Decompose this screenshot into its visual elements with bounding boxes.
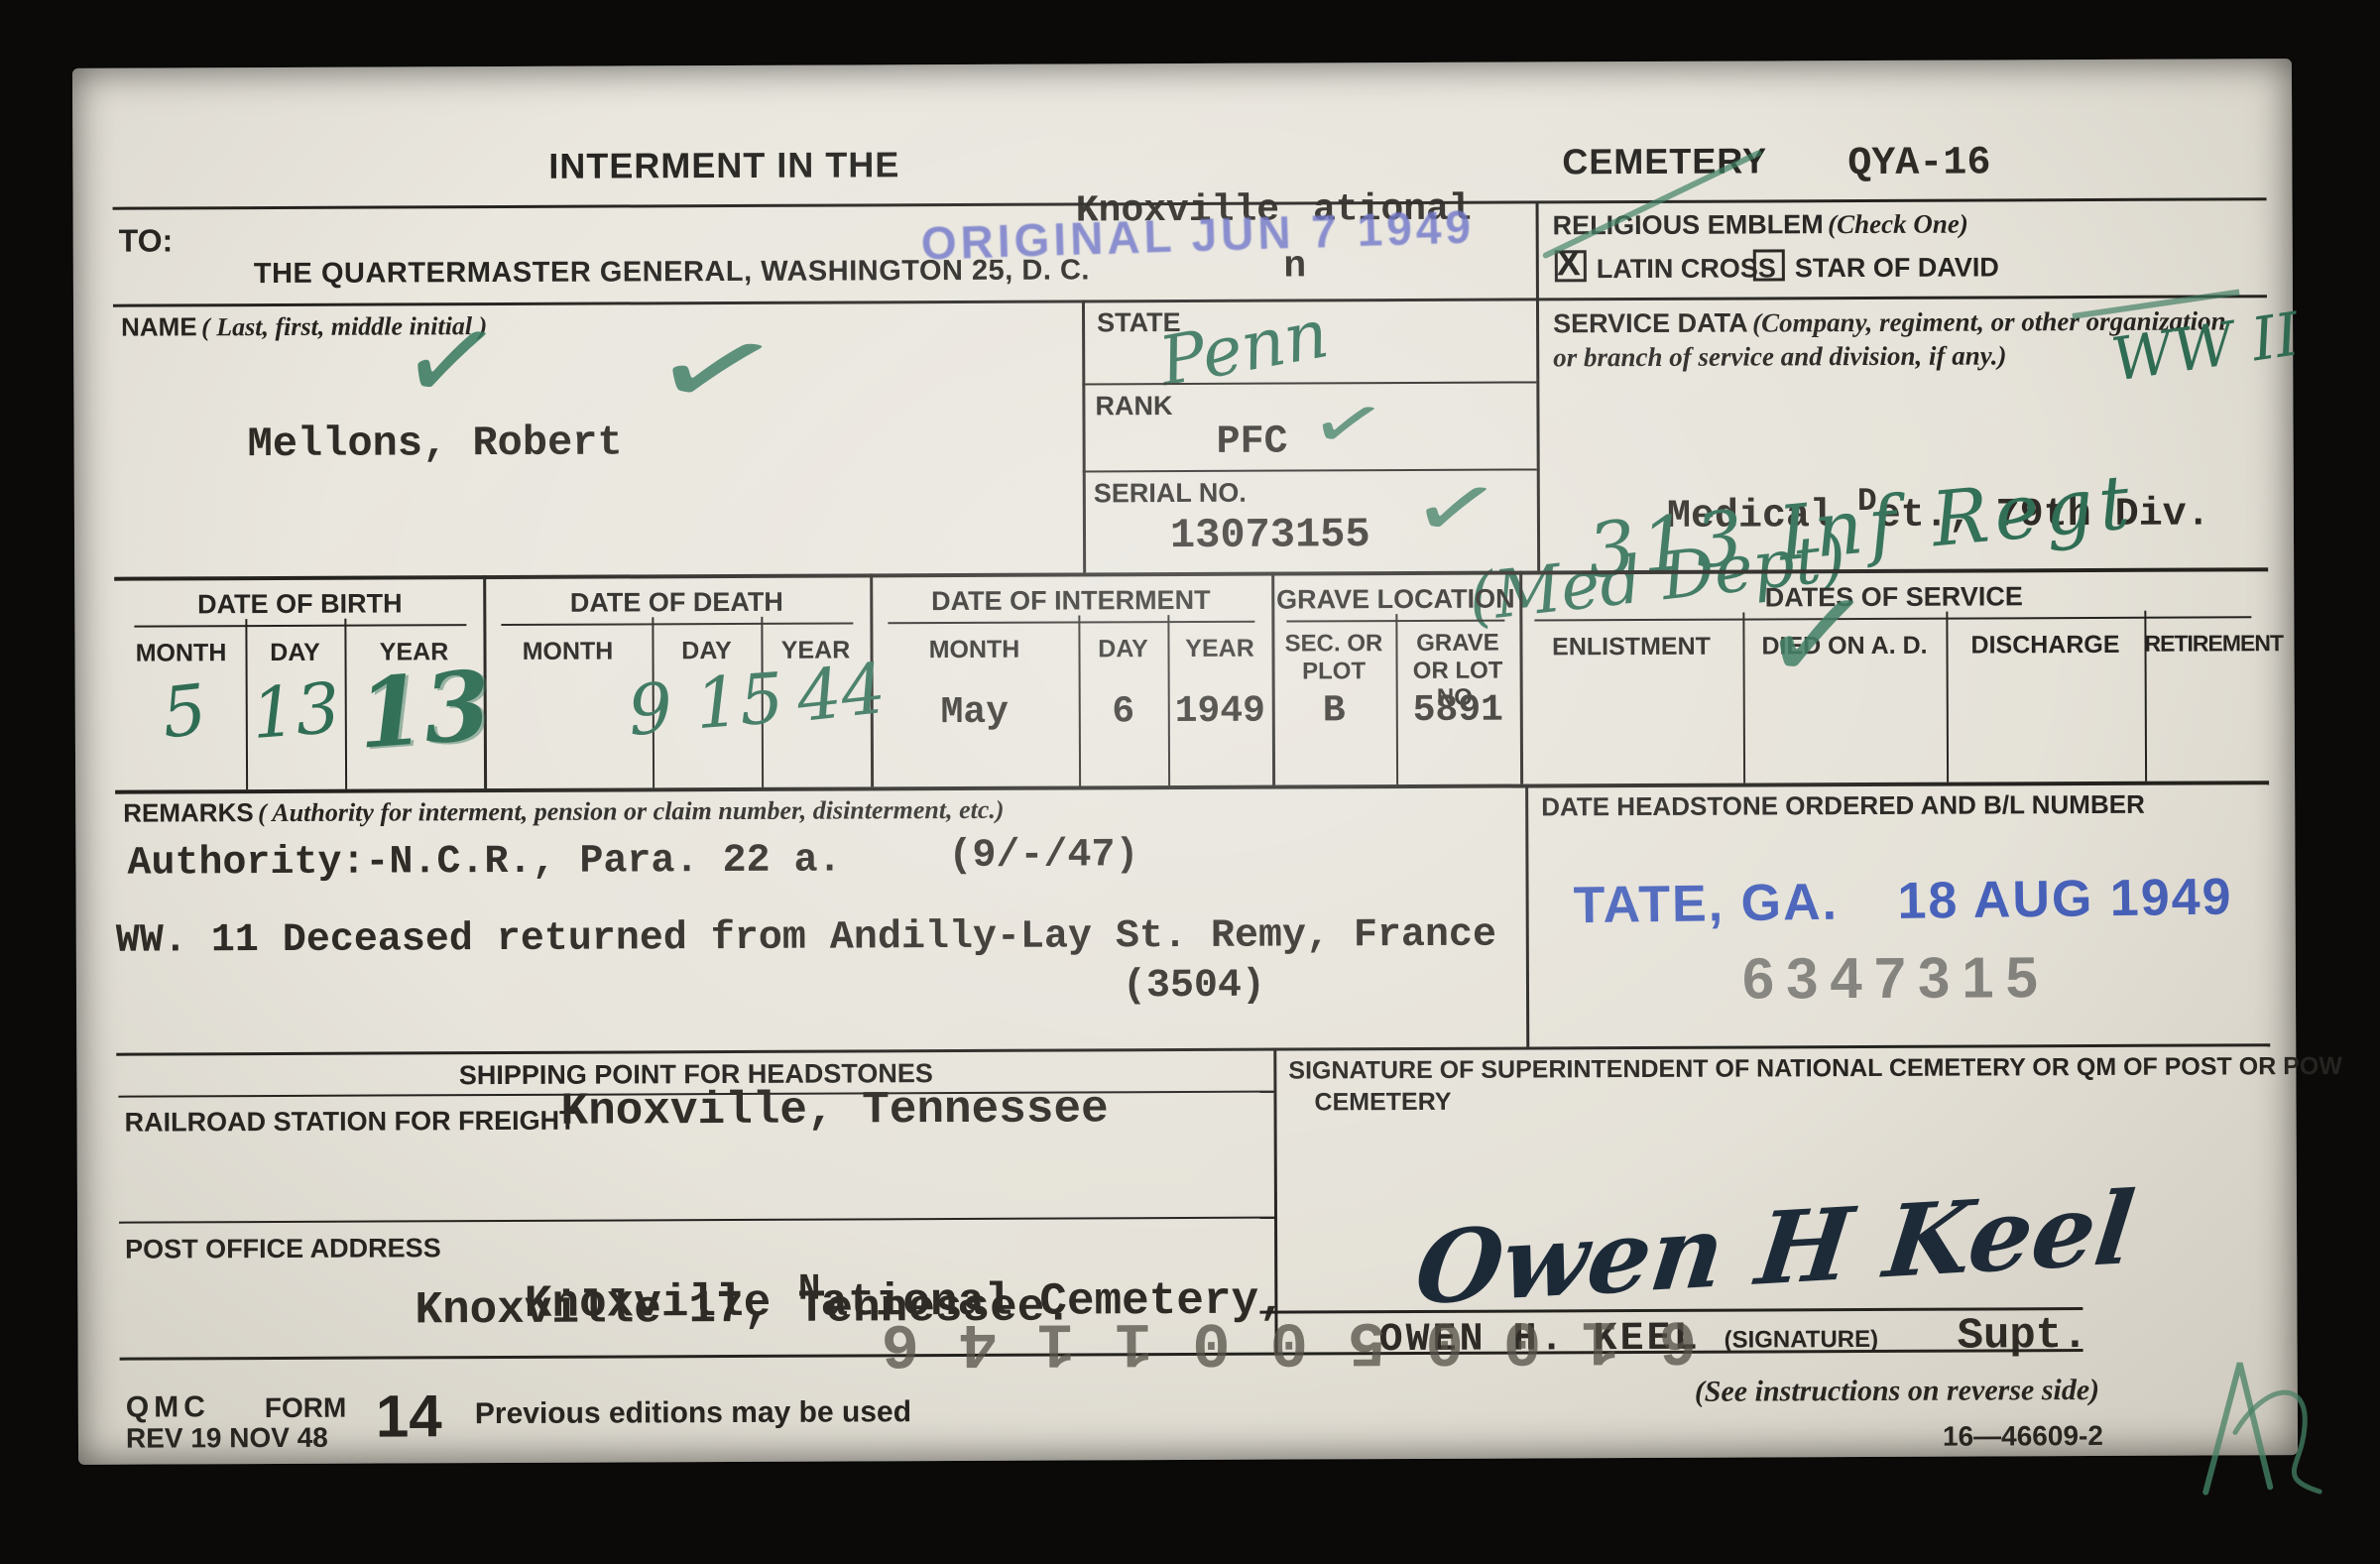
headstone-stamp-place: TATE, GA.: [1573, 874, 1839, 934]
remarks-line1: Authority:-N.C.R., Para. 22 a.: [127, 839, 841, 887]
green-checkmark: ✓: [640, 301, 793, 440]
interment-day-value: 6: [1079, 690, 1168, 733]
rank-label: RANK: [1095, 391, 1172, 421]
interment-month-value: May: [871, 690, 1079, 734]
grave-lot-value: 5891: [1396, 689, 1520, 733]
headstone-order-stamp: TATE, GA. 18 AUG 1949: [1573, 867, 2233, 935]
death-group-label: DATE OF DEATH: [483, 586, 870, 619]
routing-number-upside-down-stamp: 61005001146: [841, 1303, 1697, 1379]
signature-label-line1: SIGNATURE OF SUPERINTENDENT OF NATIONAL …: [1288, 1052, 2342, 1086]
bl-number-stamp: 6347315: [1742, 944, 2050, 1012]
birth-month-value: 5: [126, 665, 243, 758]
print-code: 16—46609-2: [1943, 1420, 2103, 1453]
died-on-ad-checkmark: ✓: [1754, 563, 1879, 708]
birth-day-value: 13: [246, 667, 346, 756]
green-slash-mark: [1515, 145, 1774, 270]
remarks-line1-date: (9/-/47): [948, 833, 1138, 879]
signature-label-line2: CEMETERY: [1314, 1088, 1451, 1118]
see-instructions-note: (See instructions on reverse side): [1695, 1374, 2099, 1409]
death-day-value: 15: [687, 657, 792, 745]
interment-group-label: DATE OF INTERMENT: [870, 585, 1271, 618]
grave-group-label: GRAVE LOCATION: [1271, 584, 1519, 616]
death-month-header: MONTH: [483, 637, 652, 666]
enlistment-header: ENLISTMENT: [1519, 633, 1742, 662]
railroad-value: Knoxville, Tennessee: [560, 1083, 1108, 1137]
group-underline: [134, 624, 466, 627]
retirement-header: RETIREMENT: [2144, 630, 2268, 658]
footer-revision: REV 19 NOV 48: [126, 1422, 328, 1455]
interment-year-header: YEAR: [1167, 635, 1271, 663]
green-checkmark: ✓: [1304, 382, 1392, 465]
service-data-label: SERVICE DATA: [1553, 308, 1748, 339]
rank-value: PFC: [1216, 421, 1287, 465]
remarks-label-row: REMARKS ( Authority for interment, pensi…: [123, 794, 1004, 829]
remarks-line2: WW. 11 Deceased returned from Andilly-La…: [116, 913, 1496, 964]
state-value-handwritten: Penn: [1154, 295, 1335, 402]
group-underline: [888, 621, 1254, 625]
serial-label: SERIAL NO.: [1094, 478, 1247, 510]
green-checkmark: ✓: [392, 296, 510, 429]
card-code: QYA-16: [1847, 141, 1990, 186]
interment-month-header: MONTH: [870, 635, 1078, 664]
service-dates-group-label: DATES OF SERVICE: [1519, 580, 2268, 614]
remarks-note: ( Authority for interment, pension or cl…: [258, 795, 1005, 827]
grave-sec-header: SEC. OR PLOT: [1271, 630, 1395, 685]
birth-month-header: MONTH: [116, 639, 245, 668]
interment-day-header: DAY: [1078, 635, 1167, 663]
star-of-david-label: STAR OF DAVID: [1795, 252, 1999, 284]
footer-form-word: FORM: [265, 1392, 347, 1424]
rule-state-rank: [1082, 381, 1536, 385]
name-label: NAME: [121, 311, 197, 341]
birth-day-header: DAY: [245, 639, 344, 667]
remarks-line3: (3504): [1123, 964, 1265, 1010]
scanned-card-photo: INTERMENT IN THE Knoxvillenational CEMET…: [0, 0, 2380, 1564]
post-office-label: POST OFFICE ADDRESS: [125, 1233, 441, 1264]
grave-sec-value: B: [1272, 689, 1396, 733]
to-label: TO:: [119, 222, 174, 259]
signer-title: Supt.: [1957, 1311, 2087, 1362]
birth-group-label: DATE OF BIRTH: [116, 588, 483, 621]
birth-year-value: 13: [354, 650, 486, 771]
interment-year-value: 1949: [1168, 690, 1272, 733]
form-title-left: INTERMENT IN THE: [548, 144, 899, 187]
divider-remarks-headstone: [1525, 783, 1529, 1046]
divider-name-state: [1082, 300, 1086, 572]
group-underline: [501, 622, 853, 626]
rule-above-post-office: [119, 1217, 1274, 1224]
interment-record-card: INTERMENT IN THE Knoxvillenational CEMET…: [72, 59, 2298, 1465]
headstone-stamp-date: 18 AUG 1949: [1897, 868, 2233, 929]
green-scribble-mark: [2181, 1328, 2350, 1517]
discharge-header: DISCHARGE: [1946, 631, 2144, 661]
footer-form-number: 14: [376, 1382, 442, 1450]
green-checkmark: ✓: [1405, 461, 1507, 557]
railroad-label: RAILROAD STATION FOR FREIGHT: [125, 1106, 576, 1139]
remarks-label: REMARKS: [123, 797, 254, 828]
serial-value: 13073155: [1170, 511, 1370, 559]
footer-agency: QMC: [126, 1390, 210, 1424]
emblem-label-note: (Check One): [1828, 209, 1968, 240]
headstone-label: DATE HEADSTONE ORDERED AND B/L NUMBER: [1541, 789, 2145, 823]
footer-note: Previous editions may be used: [475, 1395, 911, 1431]
